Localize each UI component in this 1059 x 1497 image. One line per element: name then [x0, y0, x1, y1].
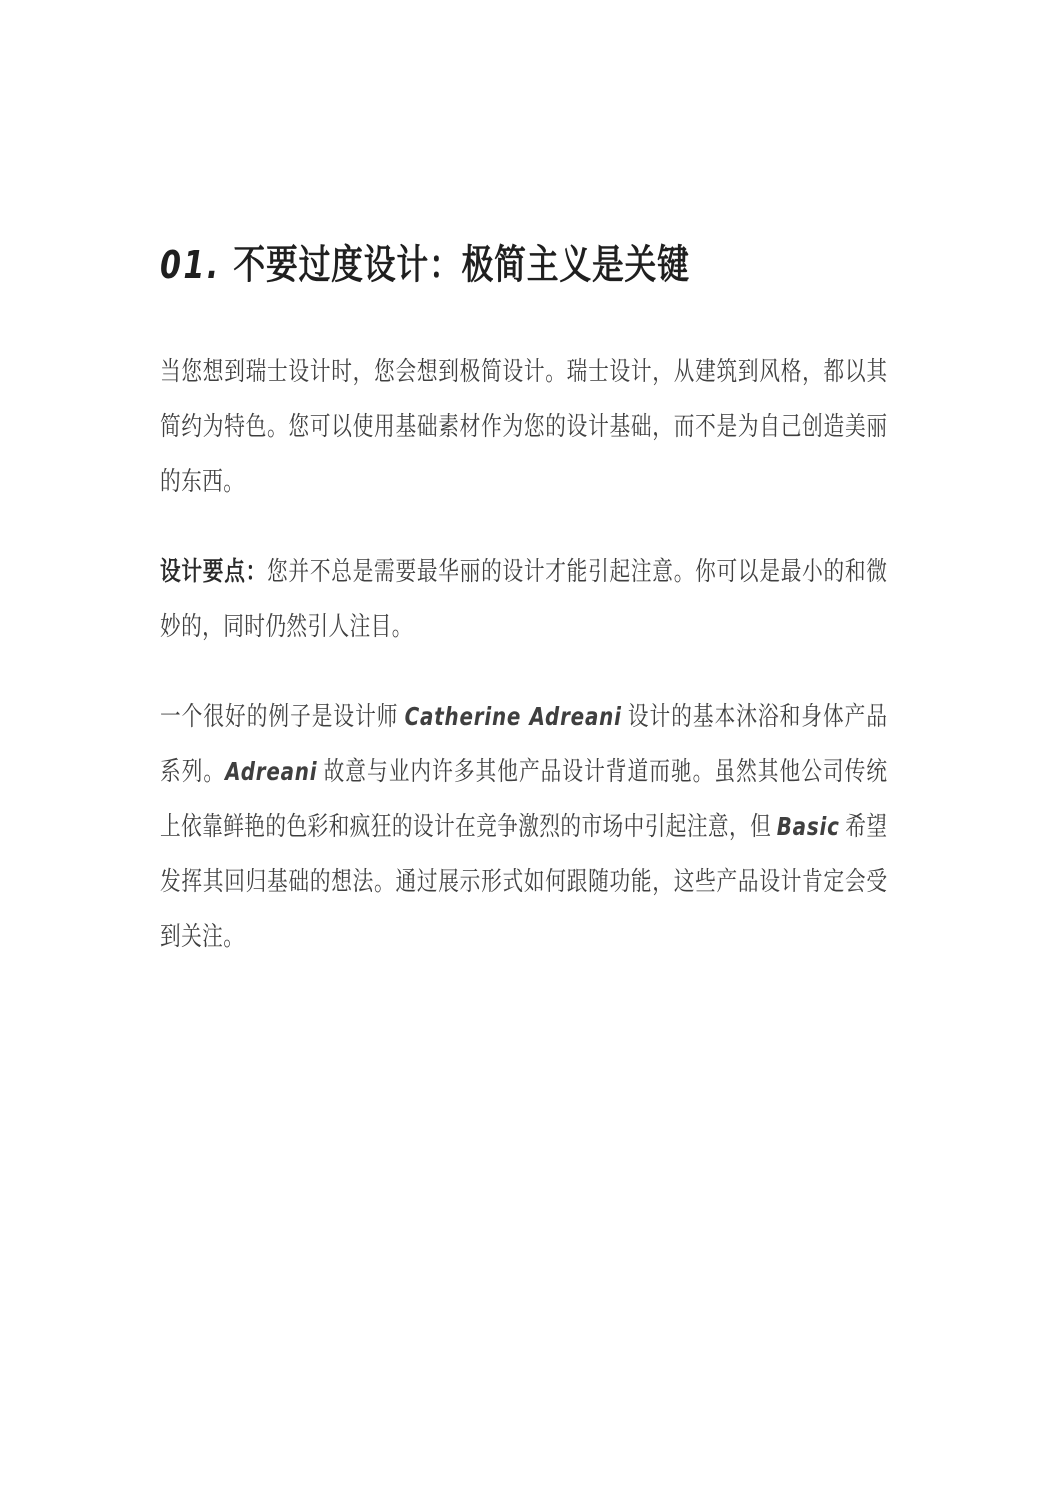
section-number: 01. [160, 243, 221, 287]
section-heading: 01.不要过度设计：极简主义是关键 [160, 240, 887, 290]
latin-script-text: Basic [777, 812, 840, 841]
document-page: 01.不要过度设计：极简主义是关键 当您想到瑞士设计时，您会想到极简设计。瑞士设… [0, 0, 1059, 1497]
body-text: 您并不总是需要最华丽的设计才能引起注意。你可以是最小的和微妙的，同时仍然引人注目… [160, 557, 887, 641]
section-title: 不要过度设计：极简主义是关键 [233, 242, 689, 287]
paragraph-design-tip: 设计要点：您并不总是需要最华丽的设计才能引起注意。你可以是最小的和微妙的，同时仍… [160, 544, 887, 654]
paragraph-intro: 当您想到瑞士设计时，您会想到极简设计。瑞士设计，从建筑到风格，都以其简约为特色。… [160, 344, 887, 509]
body-text: 一个很好的例子是设计师 [160, 702, 405, 731]
paragraph-example: 一个很好的例子是设计师 Catherine Adreani 设计的基本沐浴和身体… [160, 689, 887, 964]
page-content: 01.不要过度设计：极简主义是关键 当您想到瑞士设计时，您会想到极简设计。瑞士设… [160, 240, 887, 964]
latin-script-text: Adreani [225, 757, 317, 786]
body-text: 当您想到瑞士设计时，您会想到极简设计。瑞士设计，从建筑到风格，都以其简约为特色。… [160, 357, 887, 496]
bold-lead-text: 设计要点： [160, 557, 267, 586]
latin-script-text: Catherine Adreani [405, 702, 622, 731]
